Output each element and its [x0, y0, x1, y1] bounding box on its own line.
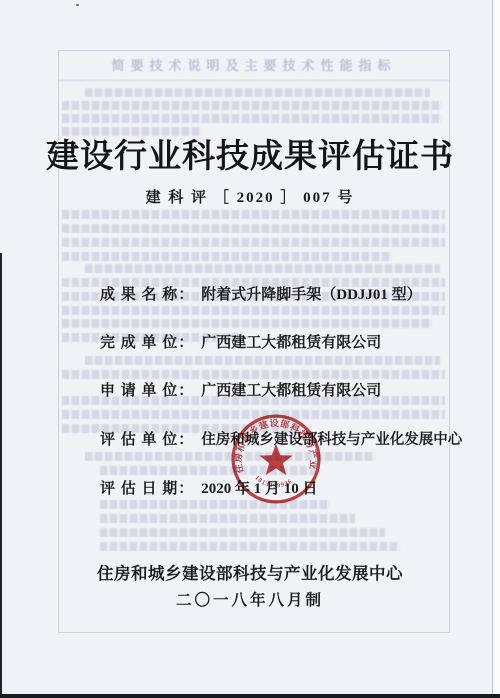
bleed-text-line — [62, 370, 445, 379]
scan-page-right-edge — [492, 0, 500, 698]
bleed-text-line — [85, 356, 440, 365]
field-value: 广西建工大都租赁有限公司 — [201, 379, 381, 400]
certificate-page: 简要技术说明及主要技术性能指标 建设行业科技成果评估证书 建 科 评 ［ 202… — [0, 0, 500, 698]
certificate-title: 建设行业科技成果评估证书 — [0, 130, 500, 177]
bleed-text-line — [62, 252, 392, 261]
bleed-text-line — [100, 528, 385, 537]
field-label: 评 估 日 期： — [100, 477, 194, 498]
footer-organization: 住房和城乡建设部科技与产业化发展中心 — [0, 560, 500, 584]
field-label: 申 请 单 位： — [100, 379, 194, 400]
document-number: 建 科 评 ［ 2020 ］ 007 号 — [0, 186, 500, 207]
seal-code: 1813399936 — [253, 474, 294, 489]
bleed-text-line — [100, 542, 400, 551]
field-label: 成 果 名 称： — [100, 283, 194, 304]
bleed-heading: 简要技术说明及主要技术性能指标 — [59, 54, 449, 81]
scan-dark-bottom-edge — [0, 694, 500, 698]
bleed-text-line — [62, 210, 445, 219]
field-value: 附着式升降脚手架（DDJJ01 型） — [201, 283, 421, 304]
field-label: 完 成 单 位： — [100, 331, 194, 352]
star-icon — [259, 444, 292, 475]
field-row-completing-unit: 完 成 单 位：广西建工大都租赁有限公司 — [100, 331, 381, 352]
svg-text:1813399936: 1813399936 — [253, 474, 294, 489]
bleed-text-line — [62, 224, 445, 233]
field-value: 广西建工大都租赁有限公司 — [201, 331, 381, 352]
bleed-text-line — [62, 101, 442, 110]
bleed-text-line — [62, 306, 445, 315]
bleed-text-line — [62, 114, 442, 123]
field-label: 评 估 单 位： — [100, 428, 194, 449]
bleed-text-line — [62, 319, 432, 328]
field-row-result-name: 成 果 名 称：附着式升降脚手架（DDJJ01 型） — [100, 283, 422, 304]
bleed-text-line — [62, 238, 445, 247]
field-row-applicant-unit: 申 请 单 位：广西建工大都租赁有限公司 — [100, 379, 381, 400]
scan-dark-left-edge — [0, 253, 2, 698]
scan-speck — [76, 4, 79, 6]
footer-date-made: 二〇一八年八月制 — [0, 588, 500, 610]
official-seal: 住房和城乡建设部科技与产业化发展中心 1813399936 — [229, 411, 323, 507]
bleed-text-line — [100, 514, 355, 523]
bleed-text-line — [85, 264, 440, 273]
bleed-text-line — [85, 88, 430, 97]
